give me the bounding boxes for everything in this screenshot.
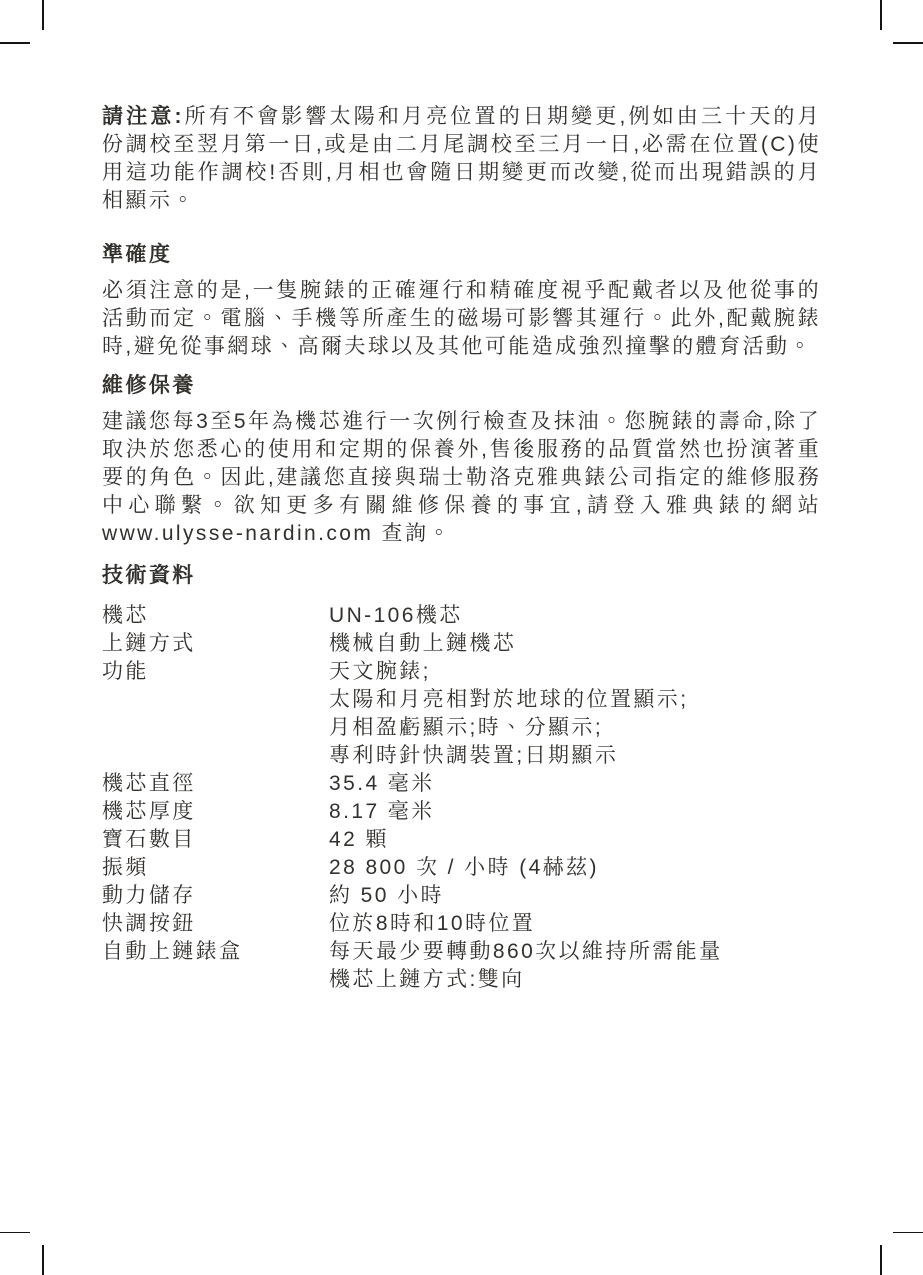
spec-row-frequency: 振頻 28 800 次 / 小時 (4赫茲) (102, 854, 821, 882)
spec-label: 機芯厚度 (102, 798, 329, 826)
section-technical-heading: 技術資料 (102, 562, 821, 590)
spec-value: 機芯上鏈方式:雙向 (329, 966, 821, 994)
notice-text: 所有不會影響太陽和月亮位置的日期變更,例如由三十天的月份調校至翌月第一日,或是由… (102, 105, 821, 212)
crop-mark-top-right-horizontal (893, 42, 923, 44)
section-accuracy-heading: 準確度 (102, 241, 821, 269)
spec-value: 每天最少要轉動860次以維持所需能量 (329, 938, 821, 966)
spec-label: 快調按鈕 (102, 910, 329, 938)
spec-value: 28 800 次 / 小時 (4赫茲) (329, 854, 821, 882)
page-content: 請注意:所有不會影響太陽和月亮位置的日期變更,例如由三十天的月份調校至翌月第一日… (102, 103, 821, 994)
crop-mark-bottom-left-vertical (42, 1245, 44, 1275)
section-servicing-heading: 維修保養 (102, 372, 821, 400)
spec-value: 8.17 毫米 (329, 798, 821, 826)
spec-row-quickset-pushers: 快調按鈕 位於8時和10時位置 (102, 910, 821, 938)
spec-row-functions: 功能 天文腕錶; 太陽和月亮相對於地球的位置顯示; 月相盈虧顯示;時、分顯示; … (102, 658, 821, 770)
spec-value: 專利時針快調裝置;日期顯示 (329, 742, 821, 770)
spec-label: 振頻 (102, 854, 329, 882)
spec-label: 上鏈方式 (102, 630, 329, 658)
spec-value: 天文腕錶; (329, 658, 821, 686)
manual-page: 請注意:所有不會影響太陽和月亮位置的日期變更,例如由三十天的月份調校至翌月第一日… (0, 0, 923, 1275)
crop-mark-bottom-right-horizontal (893, 1232, 923, 1234)
spec-label: 功能 (102, 658, 329, 686)
spec-table: 機芯 UN-106機芯 上鏈方式 機械自動上鏈機芯 功能 天文腕錶; 太陽和月亮… (102, 602, 821, 994)
spec-label: 機芯 (102, 602, 329, 630)
crop-mark-bottom-right-vertical (880, 1245, 882, 1275)
section-servicing-body: 建議您每3至5年為機芯進行一次例行檢查及抹油。您腕錶的壽命,除了取決於您悉心的使… (102, 408, 821, 548)
crop-mark-top-left-horizontal (0, 42, 30, 44)
spec-row-movement: 機芯 UN-106機芯 (102, 602, 821, 630)
spec-row-thickness: 機芯厚度 8.17 毫米 (102, 798, 821, 826)
section-technical-data: 技術資料 機芯 UN-106機芯 上鏈方式 機械自動上鏈機芯 功能 天文腕錶; … (102, 562, 821, 994)
spec-value: 約 50 小時 (329, 882, 821, 910)
spec-value: 太陽和月亮相對於地球的位置顯示; (329, 686, 821, 714)
crop-mark-top-right-vertical (880, 0, 882, 30)
spec-value: 位於8時和10時位置 (329, 910, 821, 938)
section-accuracy: 準確度 必須注意的是,一隻腕錶的正確運行和精確度視乎配戴者以及他從事的活動而定。… (102, 241, 821, 361)
notice-paragraph: 請注意:所有不會影響太陽和月亮位置的日期變更,例如由三十天的月份調校至翌月第一日… (102, 103, 821, 215)
spec-value: 35.4 毫米 (329, 770, 821, 798)
spec-row-jewels: 寶石數目 42 顆 (102, 826, 821, 854)
spec-row-diameter: 機芯直徑 35.4 毫米 (102, 770, 821, 798)
spec-row-winding: 上鏈方式 機械自動上鏈機芯 (102, 630, 821, 658)
section-accuracy-body: 必須注意的是,一隻腕錶的正確運行和精確度視乎配戴者以及他從事的活動而定。電腦、手… (102, 277, 821, 361)
spec-label: 機芯直徑 (102, 770, 329, 798)
spec-label: 動力儲存 (102, 882, 329, 910)
spec-row-power-reserve: 動力儲存 約 50 小時 (102, 882, 821, 910)
section-servicing: 維修保養 建議您每3至5年為機芯進行一次例行檢查及抹油。您腕錶的壽命,除了取決於… (102, 372, 821, 548)
spec-label: 寶石數目 (102, 826, 329, 854)
spec-label: 自動上鏈錶盒 (102, 938, 329, 966)
spec-value: 月相盈虧顯示;時、分顯示; (329, 714, 821, 742)
spec-row-winder-box: 自動上鏈錶盒 每天最少要轉動860次以維持所需能量 機芯上鏈方式:雙向 (102, 938, 821, 994)
crop-mark-bottom-left-horizontal (0, 1232, 30, 1234)
spec-value: 42 顆 (329, 826, 821, 854)
spec-value: 機械自動上鏈機芯 (329, 630, 821, 658)
crop-mark-top-left-vertical (42, 0, 44, 30)
notice-label: 請注意: (102, 105, 184, 128)
spec-value: UN-106機芯 (329, 602, 821, 630)
